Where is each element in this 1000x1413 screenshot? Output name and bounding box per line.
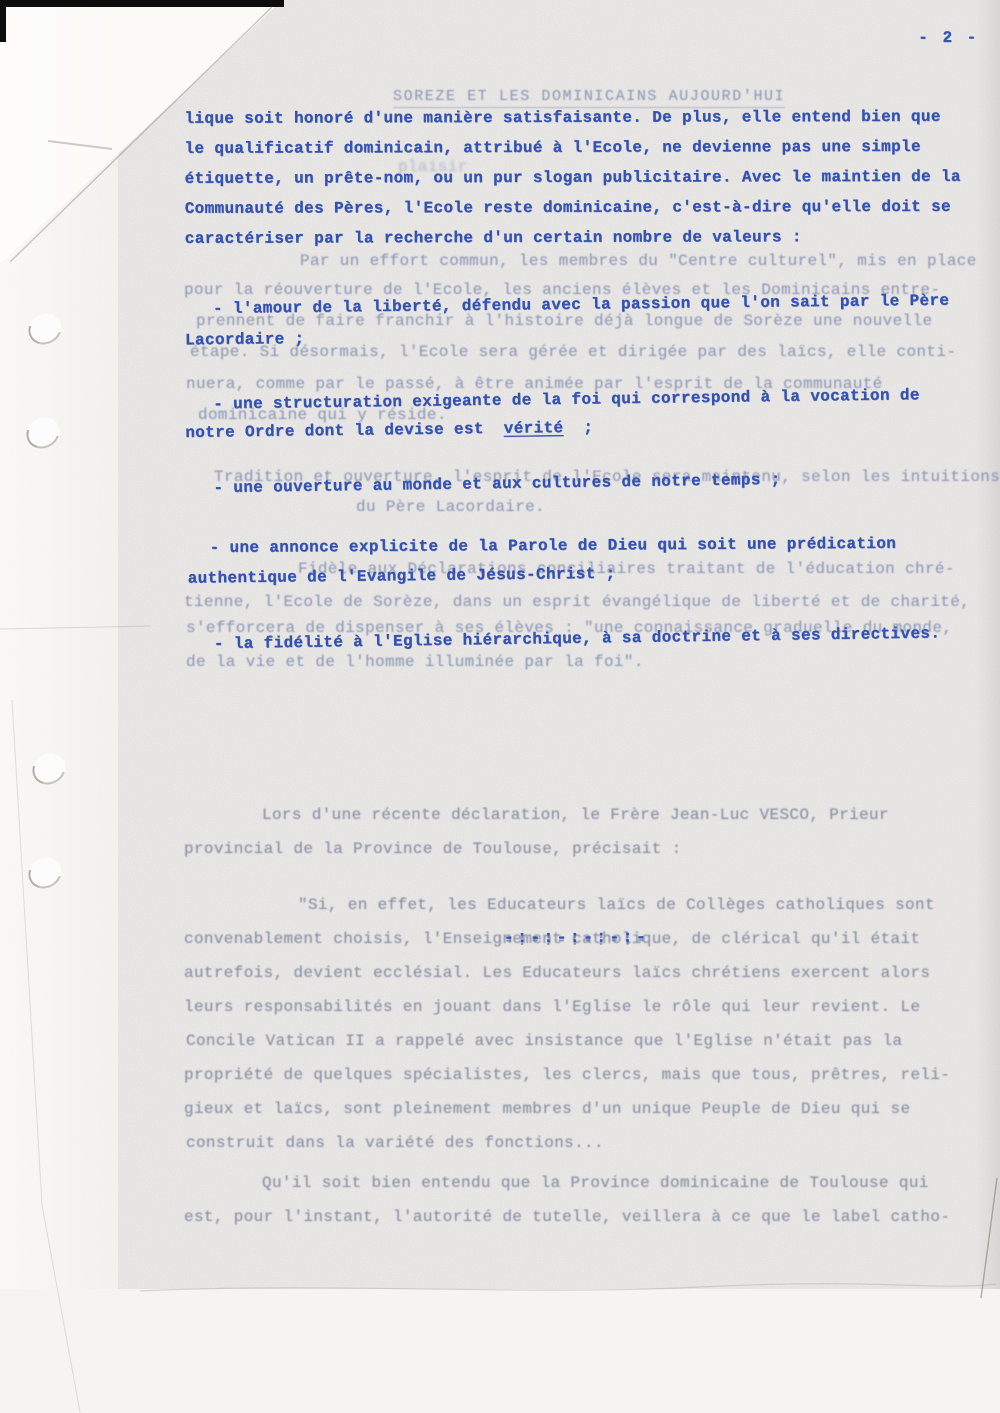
bullet-structuration-line-1: - une structuration exigeante de la foi … [213,386,920,413]
devise-motto: vérité [504,419,564,438]
typed-text-layer: - 2 - lique soit honoré d'une manière sa… [0,0,1000,1413]
bullet-amour-line-2: Lacordaire ; [185,330,305,349]
bullet-annonce-line-2: authentique de l'Evangile de Jésus-Chris… [188,565,616,588]
page-number: - 2 - [918,29,979,47]
bullet-fidelite: - la fidélité à l'Eglise hiérarchique, à… [214,624,941,653]
devise-prefix: notre Ordre dont la devise est [185,420,504,442]
scanned-document-page: SOREZE ET LES DOMINICAINS AUJOURD'HUI pl… [0,0,1000,1413]
bullet-structuration-line-2: notre Ordre dont la devise est vérité ; [185,419,593,442]
paragraph-line: lique soit honoré d'une manière satisfai… [184,108,940,128]
paragraph-line: le qualificatif dominicain, attribué à l… [185,138,921,158]
bullet-amour-line-1: - l'amour de la liberté, défendu avec la… [213,292,950,318]
devise-suffix: ; [563,419,593,437]
bullet-annonce-line-1: - une annonce explicite de la Parole de … [210,535,897,557]
paragraph-line: étiquette, un prête-nom, ou un pur sloga… [185,168,961,188]
section-separator: -:-:-:-:-:- [504,929,649,948]
paragraph-line: Communauté des Pères, l'Ecole reste domi… [185,198,951,218]
paragraph-line: caractériser par la recherche d'un certa… [185,228,802,248]
bullet-ouverture: - une ouverture au monde et aux cultures… [213,471,780,497]
